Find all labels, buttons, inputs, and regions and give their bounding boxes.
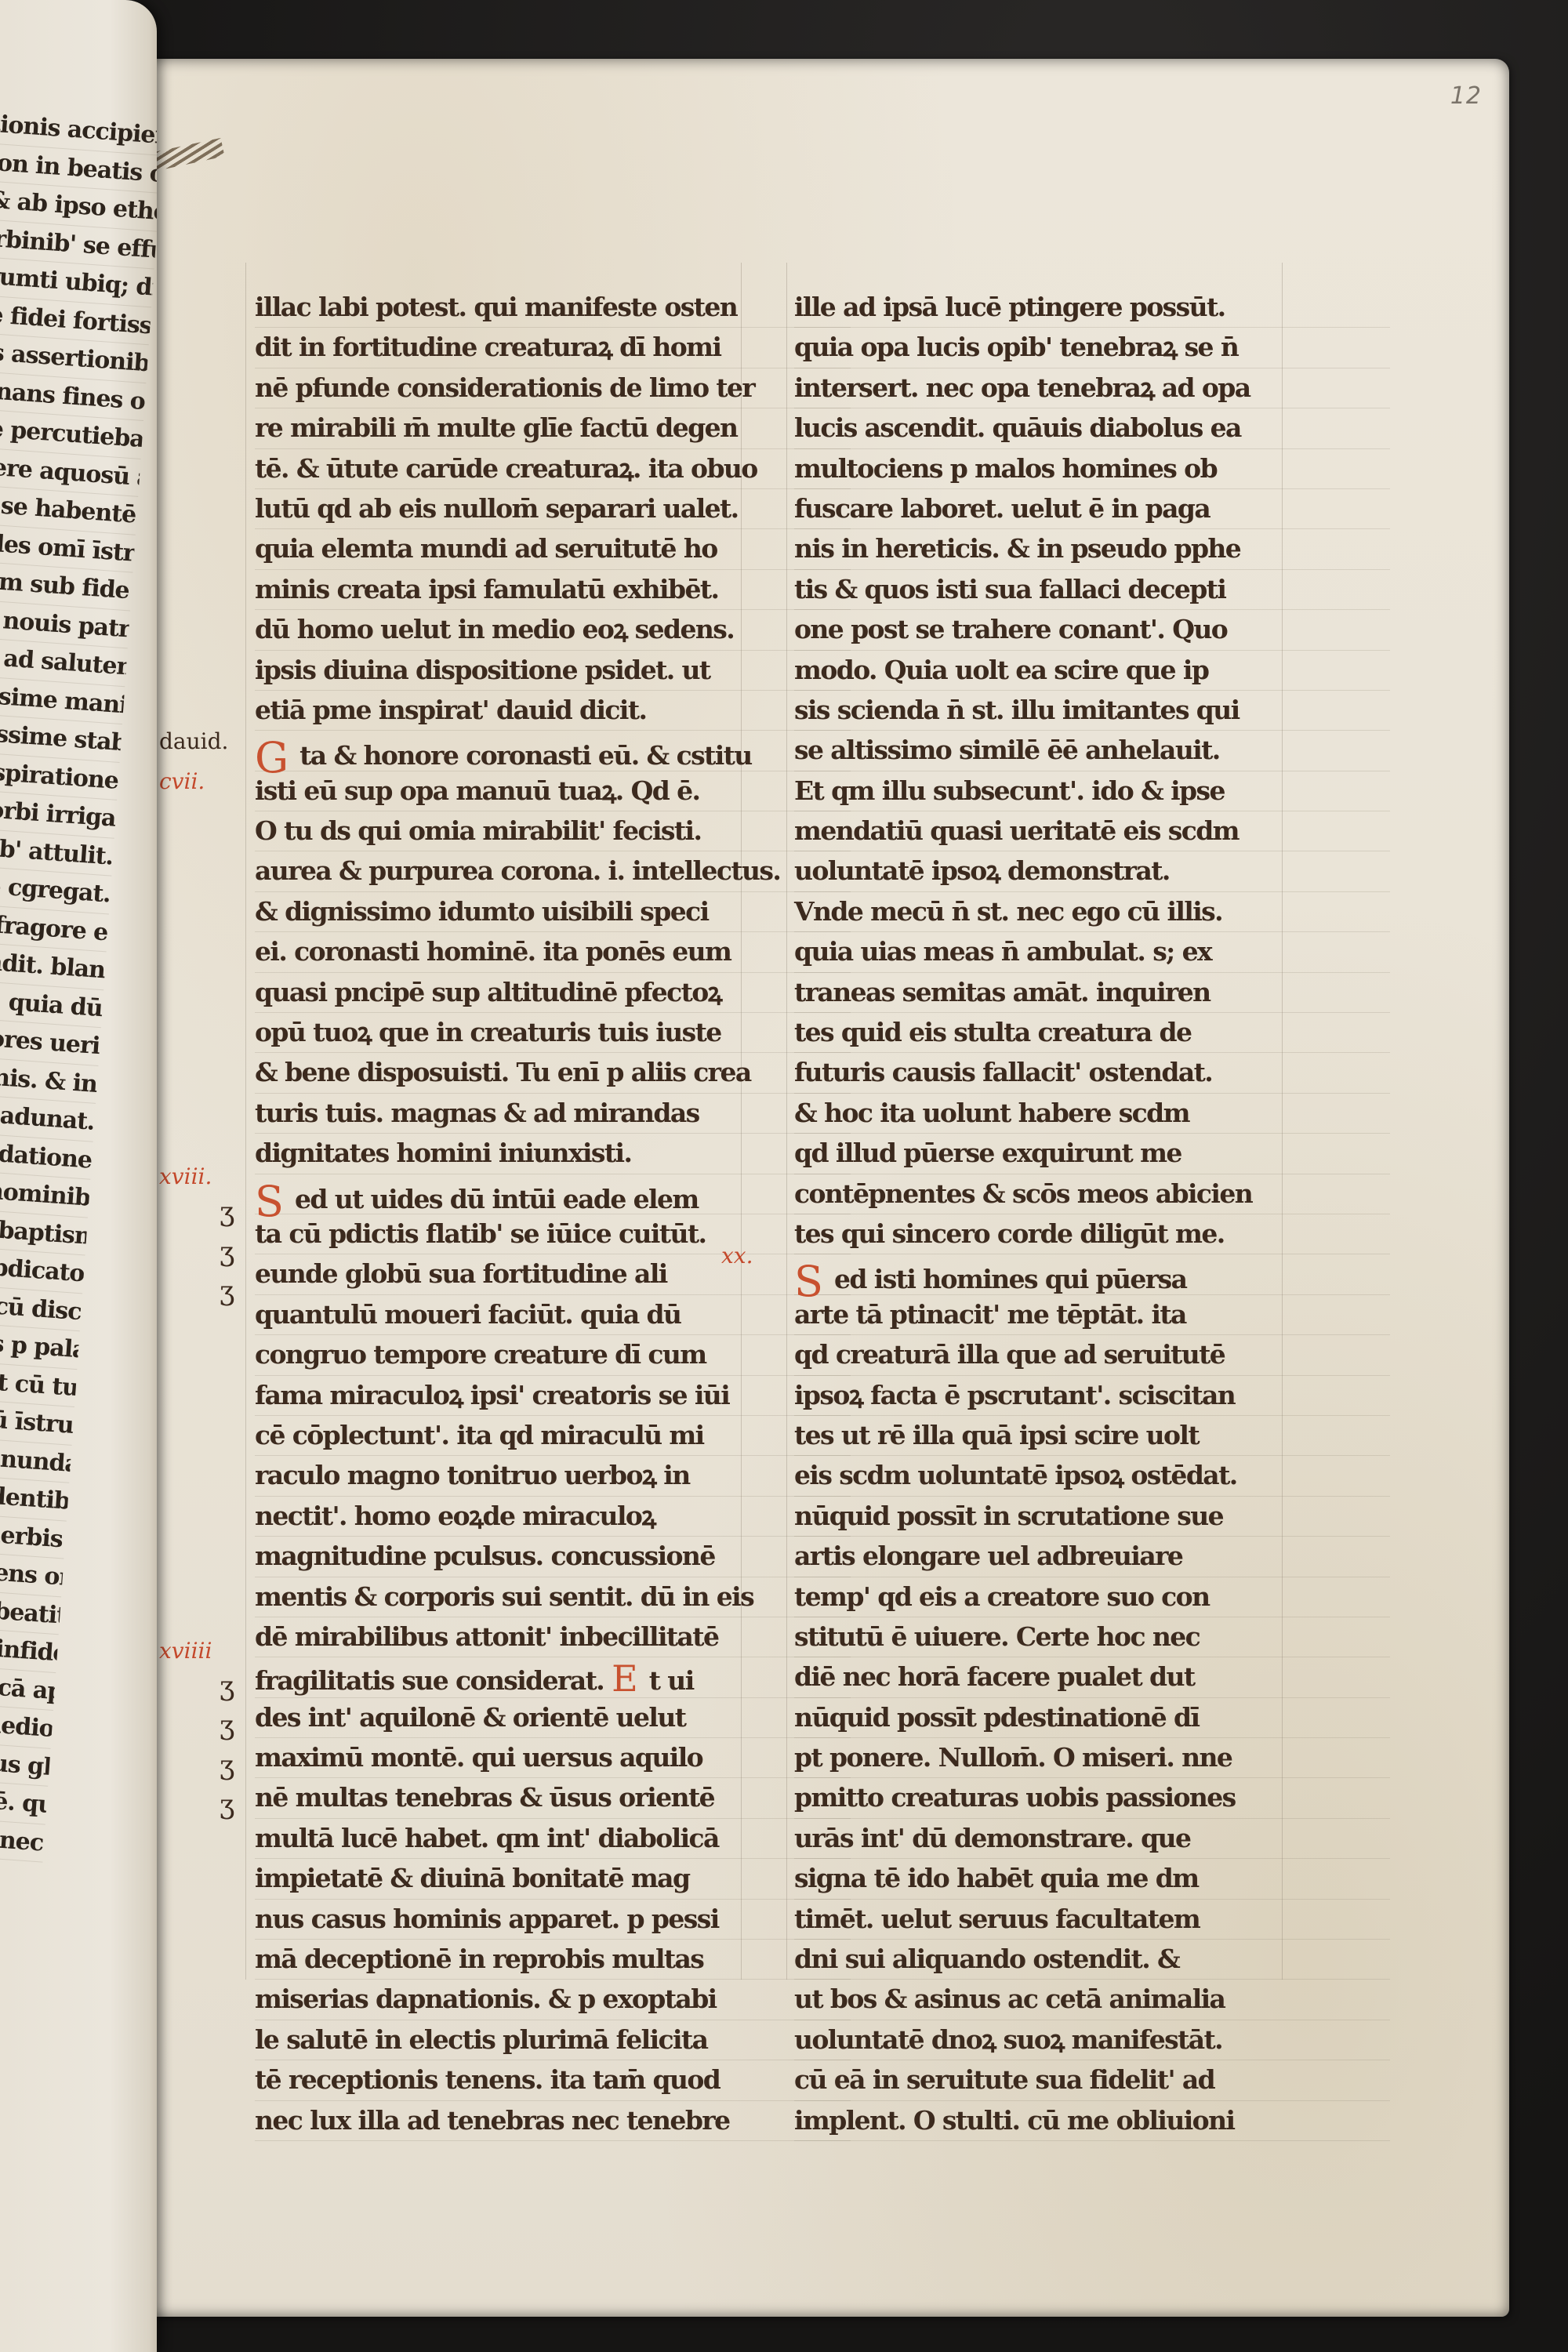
- manuscript-line: le salutē in electis plurimā felicita: [255, 2020, 851, 2060]
- manuscript-line: tis & quos isti sua fallaci decepti: [794, 570, 1390, 610]
- manuscript-line: diē nec horā facere pualet dut: [794, 1657, 1390, 1697]
- manuscript-line: tes ut rē illa quā ipsi scire uolt: [794, 1416, 1390, 1456]
- manuscript-line: magnitudine pculsus. concussionē: [255, 1537, 851, 1577]
- manuscript-line: fuscare laboret. uelut ē in paga: [794, 489, 1390, 529]
- recto-page: 12 illac labi potest. qui manifeste oste…: [145, 59, 1509, 2317]
- text-column-a: illac labi potest. qui manifeste ostendi…: [255, 288, 851, 2141]
- margin-tick-mark: ʒ: [220, 1671, 234, 1702]
- manuscript-line: ipsoꝝ facta ē pscrutant'. sciscitan: [794, 1376, 1390, 1416]
- manuscript-line: one post se trahere conant'. Quo: [794, 610, 1390, 650]
- manuscript-line: raculo magno tonitruo uerboꝝ in: [255, 1456, 851, 1496]
- margin-tick-mark: ʒ: [220, 1750, 234, 1781]
- manuscript-line: Vnde mecū n̄ st. nec ego cū illis.: [794, 892, 1390, 932]
- manuscript-line: Et qm illu subsecunt'. ido & ipse: [794, 771, 1390, 811]
- manuscript-line: tes qui sincero corde diligūt me.: [794, 1214, 1390, 1254]
- manuscript-line: minis creata ipsi famulatū exhibēt.: [255, 570, 851, 610]
- manuscript-line: fama miraculoꝝ ipsi' creatoris se iūi: [255, 1376, 851, 1416]
- manuscript-line: stitutū ē uiuere. Certe hoc nec: [794, 1617, 1390, 1657]
- manuscript-line: dignitates homini iniunxisti.: [255, 1134, 851, 1174]
- manuscript-line: ille ad ipsā lucē ptingere possūt.: [794, 288, 1390, 328]
- ink-stain: [151, 138, 224, 171]
- manuscript-line: nec lux illa ad tenebras nec tenebre: [255, 2101, 851, 2141]
- manuscript-line: eis scdm uoluntatē ipsoꝝ ostēdat.: [794, 1456, 1390, 1496]
- manuscript-line: modo. Quia uolt ea scire que ip: [794, 651, 1390, 691]
- manuscript-line: quia uias meas n̄ ambulat. s; ex: [794, 932, 1390, 972]
- manuscript-line: implent. O stulti. cū me obliuioni: [794, 2101, 1390, 2141]
- manuscript-line: tē receptionis tenens. ita tam̄ quod: [255, 2060, 851, 2100]
- manuscript-line: dit in fortitudine creaturaꝝ dī homi: [255, 328, 851, 368]
- manuscript-line: & bene disposuisti. Tu enī p aliis crea: [255, 1053, 851, 1093]
- manuscript-line: O tu ds qui omia mirabilit' fecisti.: [255, 811, 851, 851]
- manuscript-line: pmitto creaturas uobis passiones: [794, 1778, 1390, 1818]
- left-page-text: ationis accipiens. ita etiāmon in beatis…: [0, 104, 157, 1862]
- manuscript-line: se altissimo similē ēē anhelauit.: [794, 731, 1390, 771]
- manuscript-line: pt ponere. Nullom̄. O miseri. nne: [794, 1738, 1390, 1778]
- manuscript-line: & hoc ita uolunt habere scdm: [794, 1094, 1390, 1134]
- manuscript-line: lucis ascendit. quāuis diabolus ea: [794, 408, 1390, 448]
- marginal-note: cvii.: [159, 768, 205, 794]
- manuscript-line: Sed ut uides dū intūi eade elem: [255, 1174, 851, 1214]
- manuscript-line: ta cū pdictis flatib' se iūice cuitūt.: [255, 1214, 851, 1254]
- marginal-note: xx.: [721, 1243, 753, 1269]
- manuscript-line: fragilitatis sue considerat.Et ui: [255, 1657, 851, 1697]
- left-page-verso: ationis accipiens. ita etiāmon in beatis…: [0, 0, 157, 2352]
- manuscript-line: nus casus hominis apparet. p pessi: [255, 1900, 851, 1940]
- manuscript-line: cē cōplectunt'. ita qd miraculū mi: [255, 1416, 851, 1456]
- manuscript-line: re mirabili m̄ multe glīe factū degen: [255, 408, 851, 448]
- manuscript-line: miserias dapnationis. & p exoptabi: [255, 1980, 851, 2020]
- margin-tick-mark: ʒ: [220, 1236, 234, 1268]
- manuscript-line: nectit'. homo eoꝝde miraculoꝝ: [255, 1497, 851, 1537]
- ruling-line: [245, 263, 246, 1980]
- manuscript-line: sis scienda n̄ st. illu imitantes qui: [794, 691, 1390, 731]
- manuscript-line: uoluntatē dnoꝝ suoꝝ manifestāt.: [794, 2020, 1390, 2060]
- manuscript-line: congruo tempore creature dī cum: [255, 1335, 851, 1375]
- manuscript-line: aurea & purpurea corona. i. intellectus.: [255, 851, 851, 891]
- manuscript-line: ut bos & asinus ac cetā animalia: [794, 1980, 1390, 2020]
- manuscript-line: arte tā ptinacit' me tēptāt. ita: [794, 1295, 1390, 1335]
- margin-tick-mark: ʒ: [220, 1196, 234, 1228]
- manuscript-line: nē pfunde considerationis de limo ter: [255, 368, 851, 408]
- manuscript-line: nē multas tenebras & ūsus orientē: [255, 1778, 851, 1818]
- manuscript-line: contēpnentes & scōs meos abicien: [794, 1174, 1390, 1214]
- marginal-note: xviiii: [159, 1638, 212, 1664]
- manuscript-line: traneas semitas amāt. inquiren: [794, 973, 1390, 1013]
- manuscript-line: dni sui aliquando ostendit. &: [794, 1940, 1390, 1980]
- manuscript-line: quantulū moueri faciūt. quia dū: [255, 1295, 851, 1335]
- manuscript-line: multā lucē habet. qm int' diabolicā: [255, 1819, 851, 1859]
- manuscript-line: lutū qd ab eis nullom̄ separari ualet.: [255, 489, 851, 529]
- line-text: ed isti homines qui pūersa: [834, 1264, 1186, 1294]
- manuscript-line: signa tē ido habēt quia me dm: [794, 1859, 1390, 1899]
- manuscript-line: qd illud pūerse exquirunt me: [794, 1134, 1390, 1174]
- manuscript-line: temp' qd eis a creatore suo con: [794, 1577, 1390, 1617]
- manuscript-line: futuris causis fallacit' ostendat.: [794, 1053, 1390, 1093]
- manuscript-line: quasi pncipē sup altitudinē pfectoꝝ: [255, 973, 851, 1013]
- manuscript-line: etiā pme inspirat' dauid dicit.: [255, 691, 851, 731]
- manuscript-line: tes quid eis stulta creatura de: [794, 1013, 1390, 1053]
- manuscript-line: nis in hereticis. & in pseudo pphe: [794, 529, 1390, 569]
- line-text: fragilitatis sue considerat.: [255, 1665, 604, 1696]
- manuscript-line: mā deceptionē in reprobis multas: [255, 1940, 851, 1980]
- folio-number: 12: [1450, 82, 1482, 110]
- manuscript-line: ipsis diuina dispositione psidet. ut: [255, 651, 851, 691]
- manuscript-line: nūquid possīt pdestinationē dī: [794, 1698, 1390, 1738]
- manuscript-line: qd creaturā illa que ad seruitutē: [794, 1335, 1390, 1375]
- text-column-b: ille ad ipsā lucē ptingere possūt.quia o…: [794, 288, 1390, 2141]
- manuscript-line: maximū montē. qui uersus aquilo: [255, 1738, 851, 1778]
- manuscript-line: quia opa lucis opib' tenebraꝝ se n̄: [794, 328, 1390, 368]
- manuscript-line: opū tuoꝝ que in creaturis tuis iuste: [255, 1013, 851, 1053]
- manuscript-line: & dignissimo idumto uisibili speci: [255, 892, 851, 932]
- manuscript-line: turis tuis. magnas & ad mirandas: [255, 1094, 851, 1134]
- manuscript-line: isti eū sup opa manuū tuaꝝ. Qd ē.: [255, 771, 851, 811]
- manuscript-line: dū homo uelut in medio eoꝝ sedens.: [255, 610, 851, 650]
- manuscript-line: eunde globū sua fortitudine ali: [255, 1254, 851, 1294]
- rubricated-initial: E: [612, 1657, 638, 1700]
- margin-tick-mark: ʒ: [220, 1710, 234, 1741]
- line-text: ta & honore coronasti eū. & cstitu: [299, 740, 752, 771]
- manuscript-line: Sed isti homines qui pūersa: [794, 1254, 1390, 1294]
- manuscript-line: dē mirabilibus attonit' inbecillitatē: [255, 1617, 851, 1657]
- manuscript-line: multociens p malos homines ob: [794, 449, 1390, 489]
- manuscript-line: mendatiū quasi ueritatē eis scdm: [794, 811, 1390, 851]
- margin-tick-mark: ʒ: [220, 1276, 234, 1307]
- marginal-note: dauid.: [159, 728, 228, 754]
- manuscript-line: ei. coronasti hominē. ita ponēs eum: [255, 932, 851, 972]
- manuscript-line: cū eā in seruitute sua fidelit' ad: [794, 2060, 1390, 2100]
- manuscript-line: timēt. uelut seruus facultatem: [794, 1900, 1390, 1940]
- line-text-continued: t ui: [649, 1665, 694, 1696]
- manuscript-line: des int' aquilonē & orientē uelut: [255, 1698, 851, 1738]
- manuscript-line: nūquid possīt in scrutatione sue: [794, 1497, 1390, 1537]
- manuscript-line: illac labi potest. qui manifeste osten: [255, 288, 851, 328]
- line-text: ed ut uides dū intūi eade elem: [295, 1184, 699, 1214]
- manuscript-line: tē. & ūtute carūde creaturaꝝ. ita obuo: [255, 449, 851, 489]
- marginal-note: xviii.: [159, 1163, 212, 1189]
- manuscript-line: artis elongare uel adbreuiare: [794, 1537, 1390, 1577]
- manuscript-line: mentis & corporis sui sentit. dū in eis: [255, 1577, 851, 1617]
- manuscript-line: uoluntatē ipsoꝝ demonstrat.: [794, 851, 1390, 891]
- margin-tick-mark: ʒ: [220, 1789, 234, 1820]
- manuscript-line: urās int' dū demonstrare. que: [794, 1819, 1390, 1859]
- manuscript-line: impietatē & diuinā bonitatē mag: [255, 1859, 851, 1899]
- manuscript-line: quia elemta mundi ad seruitutē ho: [255, 529, 851, 569]
- manuscript-line: intersert. nec opa tenebraꝝ ad opa: [794, 368, 1390, 408]
- manuscript-line: Gta & honore coronasti eū. & cstitu: [255, 731, 851, 771]
